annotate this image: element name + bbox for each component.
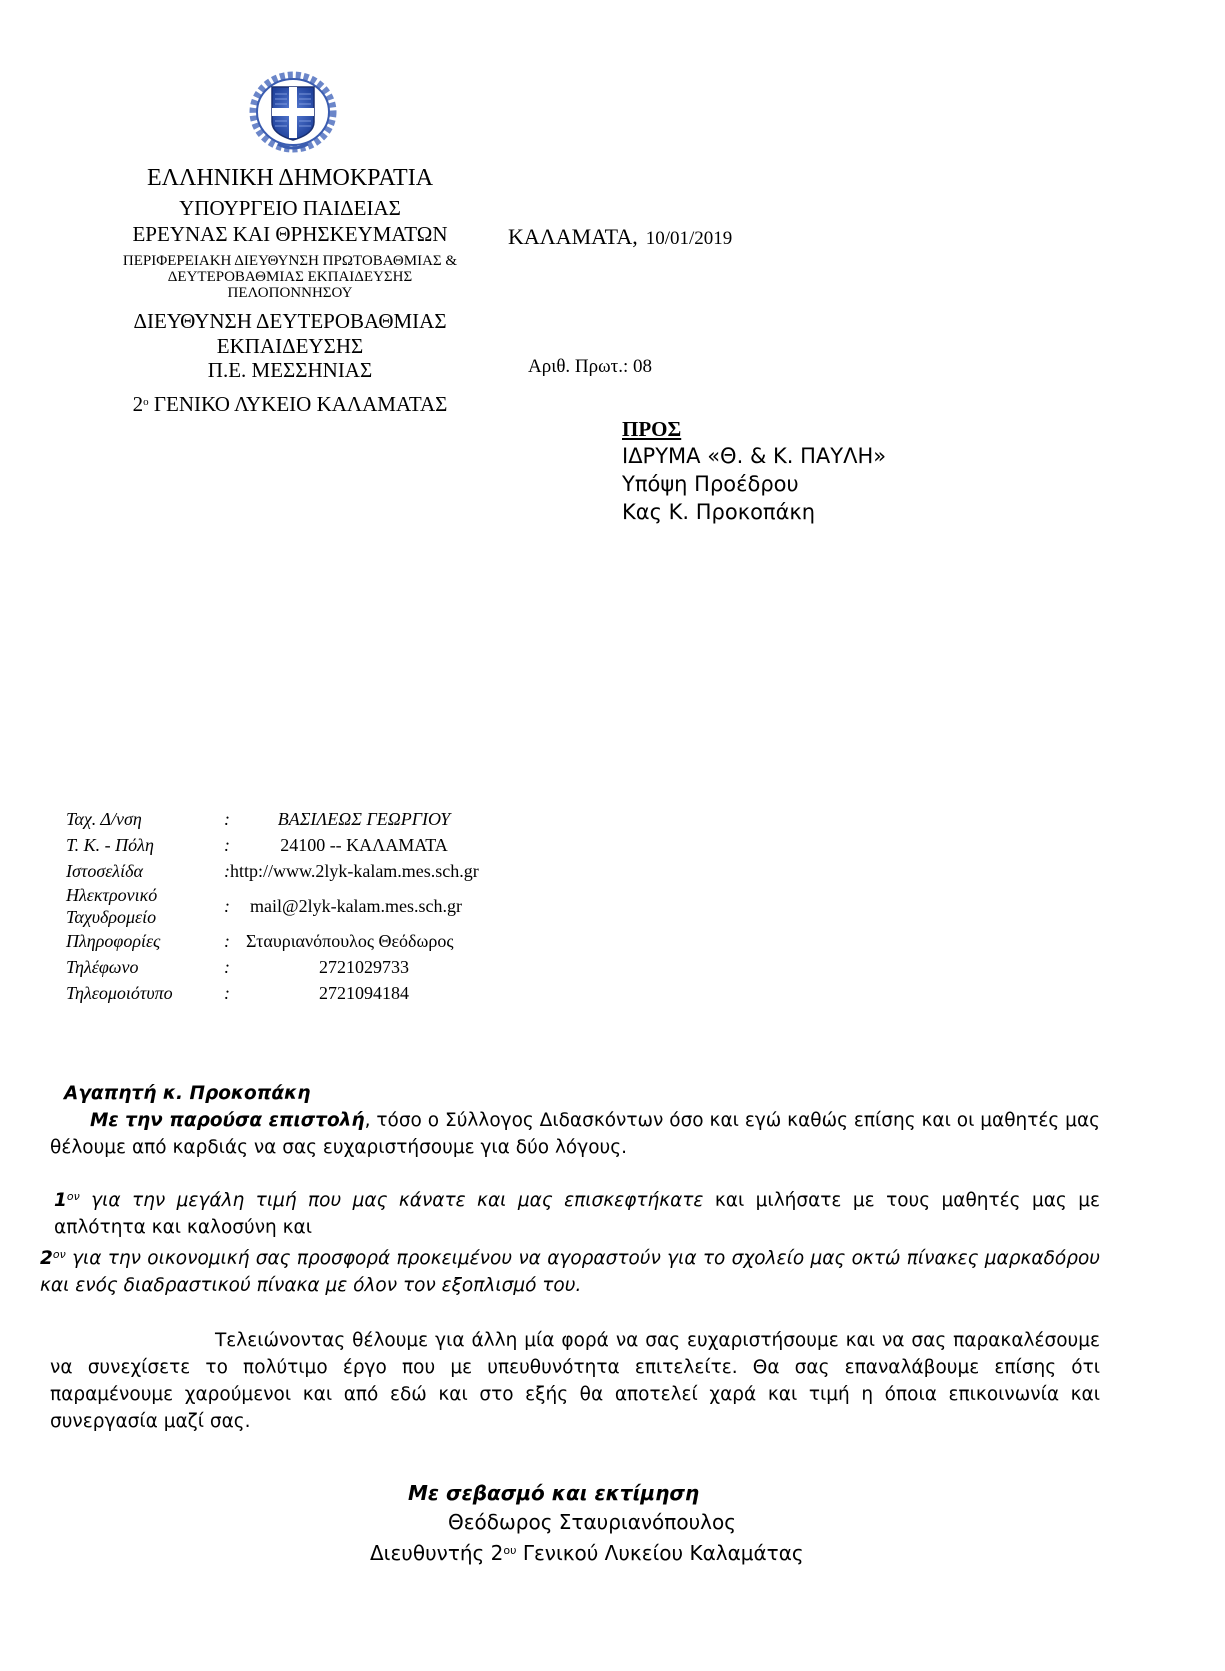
header-directorate-2: ΕΚΠΑΙΔΕΥΣΗΣ [80, 334, 500, 359]
place-date: ΚΑΛΑΜΑΤΑ,10/01/2019 [508, 224, 732, 250]
protocol-number: Αριθ. Πρωτ.: 08 [528, 356, 652, 378]
contact-row-fax: Τηλεομοιότυπο : 2721094184 [66, 980, 484, 1006]
header-school: 2ο ΓΕΝΙΚΟ ΛΥΚΕΙΟ ΚΑΛΑΜΑΤΑΣ [80, 390, 500, 417]
header-ministry: ΥΠΟΥΡΓΕΙΟ ΠΑΙΔΕΙΑΣ [80, 196, 500, 221]
signer-title: Διευθυντής 2ου Γενικού Λυκείου Καλαμάτας [350, 1536, 870, 1568]
intro-paragraph: Με την παρούσα επιστολή, τόσο ο Σύλλογος… [50, 1107, 1100, 1161]
protocol-value: 08 [633, 356, 652, 377]
website-link[interactable]: http://www.2lyk-kalam.mes.sch.gr [230, 861, 479, 881]
signature-block: Με σεβασμό και εκτίμηση Θεόδωρος Σταυρια… [350, 1478, 870, 1568]
email-link[interactable]: mail@2lyk-kalam.mes.sch.gr [244, 884, 484, 928]
recipient-organization: ΙΔΡΥΜΑ «Θ. & Κ. ΠΑΥΛΗ» [622, 442, 886, 470]
recipient-block: ΠΡΟΣ ΙΔΡΥΜΑ «Θ. & Κ. ΠΑΥΛΗ» Υπόψη Προέδρ… [622, 416, 886, 526]
header-regional-directorate: ΠΕΡΙΦΕΡΕΙΑΚΗ ΔΙΕΥΘΥΝΣΗ ΠΡΩΤΟΒΑΘΜΙΑΣ & [80, 253, 500, 269]
recipient-attention: Υπόψη Προέδρου [622, 470, 886, 498]
salutation: Αγαπητή κ. Προκοπάκη [50, 1080, 1100, 1107]
greek-coat-of-arms-icon [248, 70, 338, 154]
contact-row-info: Πληροφορίες : Σταυριανόπουλος Θεόδωρος [66, 928, 484, 954]
header-regional-directorate-3: ΠΕΛΟΠΟΝΝΗΣΟΥ [80, 285, 500, 301]
contact-row-phone: Τηλέφωνο : 2721029733 [66, 954, 484, 980]
place: ΚΑΛΑΜΑΤΑ, [508, 224, 638, 249]
reason-1-paragraph: 1ον για την μεγάλη τιμή που μας κάνατε κ… [50, 1183, 1100, 1241]
protocol-label: Αριθ. Πρωτ.: [528, 356, 628, 377]
header-country: ΕΛΛΗΝΙΚΗ ΔΗΜΟΚΡΑΤΙΑ [80, 164, 500, 192]
header-regional-directorate-2: ΔΕΥΤΕΡΟΒΑΘΜΙΑΣ ΕΚΠΑΙΔΕΥΣΗΣ [80, 269, 500, 285]
letter-body: Αγαπητή κ. Προκοπάκη Με την παρούσα επισ… [50, 1080, 1100, 1435]
contact-details: Ταχ. Δ/νση : ΒΑΣΙΛΕΩΣ ΓΕΩΡΓΙΟΥ Τ. Κ. - Π… [66, 806, 484, 1006]
reason-2-paragraph: 2ον για την οικονομική σας προσφορά προκ… [40, 1241, 1100, 1299]
header-directorate: ΔΙΕΥΘΥΝΣΗ ΔΕΥΤΕΡΟΒΑΘΜΙΑΣ [80, 309, 500, 334]
contact-row-postcode-city: Τ. Κ. - Πόλη : 24100 -- ΚΑΛΑΜΑΤΑ [66, 832, 484, 858]
recipient-person: Κας Κ. Προκοπάκη [622, 498, 886, 526]
date: 10/01/2019 [646, 228, 733, 249]
contact-row-address: Ταχ. Δ/νση : ΒΑΣΙΛΕΩΣ ΓΕΩΡΓΙΟΥ [66, 806, 484, 832]
contact-row-website: Ιστοσελίδα :http://www.2lyk-kalam.mes.sc… [66, 858, 484, 884]
closing-paragraph: Τελειώνοντας θέλουμε για άλλη μία φορά ν… [50, 1327, 1100, 1435]
signer-name: Θεόδωρος Σταυριανόπουλος [350, 1508, 870, 1536]
regards: Με σεβασμό και εκτίμηση [350, 1478, 870, 1508]
header-prefecture: Π.Ε. ΜΕΣΣΗΝΙΑΣ [80, 358, 500, 383]
contact-row-email: ΗλεκτρονικόΤαχυδρομείο : mail@2lyk-kalam… [66, 884, 484, 928]
header-ministry-2: ΕΡΕΥΝΑΣ ΚΑΙ ΘΡΗΣΚΕΥΜΑΤΩΝ [80, 222, 500, 247]
recipient-label: ΠΡΟΣ [622, 416, 886, 442]
